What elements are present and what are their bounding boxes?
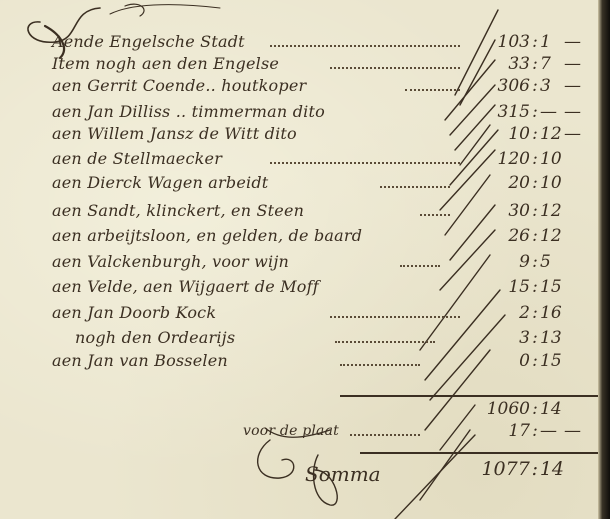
guilders: 103 [486,31,530,53]
entry-description: aen de Stellmaecker [52,148,222,170]
entry-amount: 30:12 [438,200,578,222]
dotted-leader [350,434,420,436]
ledger-entry: Item nogh aen den Engelse 33:7— [0,53,600,77]
ledger-entry: aen Sandt, klinckert, en Steen 30:12 [0,200,600,224]
total-row: Somma 1077:14 [0,458,600,488]
entry-amount: 306:3— [438,75,578,97]
entry-amount: 103:1— [438,31,578,53]
total-rule [360,452,598,454]
entry-amount: 315:—— [438,101,578,123]
ledger-entry: aen Jan Dilliss .. timmerman dito 315:—— [0,101,600,125]
entry-description: aen Jan Doorb Kock [52,302,216,324]
entry-amount: 33:7— [438,53,578,75]
dotted-leader [270,162,460,164]
ledger-entry: aen Dierck Wagen arbeidt 20:10 [0,172,600,196]
entry-description: aen Jan Dilliss .. timmerman dito [52,101,325,123]
entry-description: aen Velde, aen Wijgaert de Moff [52,276,319,298]
entry-description: Aende Engelsche Stadt [52,31,245,53]
subtotal-amount: 1060:14 [438,398,578,420]
entry-description: aen Gerrit Coende.. houtkoper [52,75,306,97]
plate-amount: 17:—— [438,420,578,442]
ledger-entry: aen arbeijtsloon, en gelden, de baard 26… [0,225,600,249]
entry-amount: 3:13 [438,327,578,349]
entry-amount: 26:12 [438,225,578,247]
entry-description: aen Valckenburgh, voor wijn [52,251,289,273]
ledger-entry: aen Valckenburgh, voor wijn 9:5 [0,251,600,275]
ledger-entry: aen Jan van Bosselen 0:15 [0,350,600,374]
entry-amount: 20:10 [438,172,578,194]
entry-amount: 10:12— [438,123,578,145]
entry-amount: 0:15 [438,350,578,372]
plate-description: voor de plaat [243,420,339,442]
entry-amount: 9:5 [438,251,578,273]
entry-description: aen Jan van Bosselen [52,350,228,372]
stuivers: 1 [540,31,564,53]
entry-amount: 2:16 [438,302,578,324]
ledger-entry: Aende Engelsche Stadt 103:1— [0,31,600,55]
ledger-entry: aen Gerrit Coende.. houtkoper 306:3— [0,75,600,99]
subtotal-rule [340,395,598,397]
dotted-leader [400,265,440,267]
entry-description: aen Willem Jansz de Witt dito [52,123,297,145]
ledger-entry: nogh den Ordearijs 3:13 [0,327,600,351]
total-label: Somma [305,462,381,486]
plate-row: voor de plaat 17:—— [0,420,600,444]
subtotal-row: 1060:14 [0,398,600,422]
entry-description: aen arbeijtsloon, en gelden, de baard [52,225,362,247]
ledger-entry: aen Jan Doorb Kock 2:16 [0,302,600,326]
entry-description: aen Dierck Wagen arbeidt [52,172,268,194]
entry-description: aen Sandt, klinckert, en Steen [52,200,304,222]
entry-description: Item nogh aen den Engelse [52,53,279,75]
entry-description: nogh den Ordearijs [75,327,235,349]
ledger-entry: aen Willem Jansz de Witt dito 10:12— [0,123,600,147]
dotted-leader [340,364,420,366]
ledger-entry: aen de Stellmaecker 120:10 [0,148,600,172]
entry-amount: 120:10 [438,148,578,170]
total-amount: 1077:14 [438,458,578,480]
ledger-entry: aen Velde, aen Wijgaert de Moff 15:15 [0,276,600,300]
dotted-leader [335,341,435,343]
dotted-leader [270,45,460,47]
entry-amount: 15:15 [438,276,578,298]
